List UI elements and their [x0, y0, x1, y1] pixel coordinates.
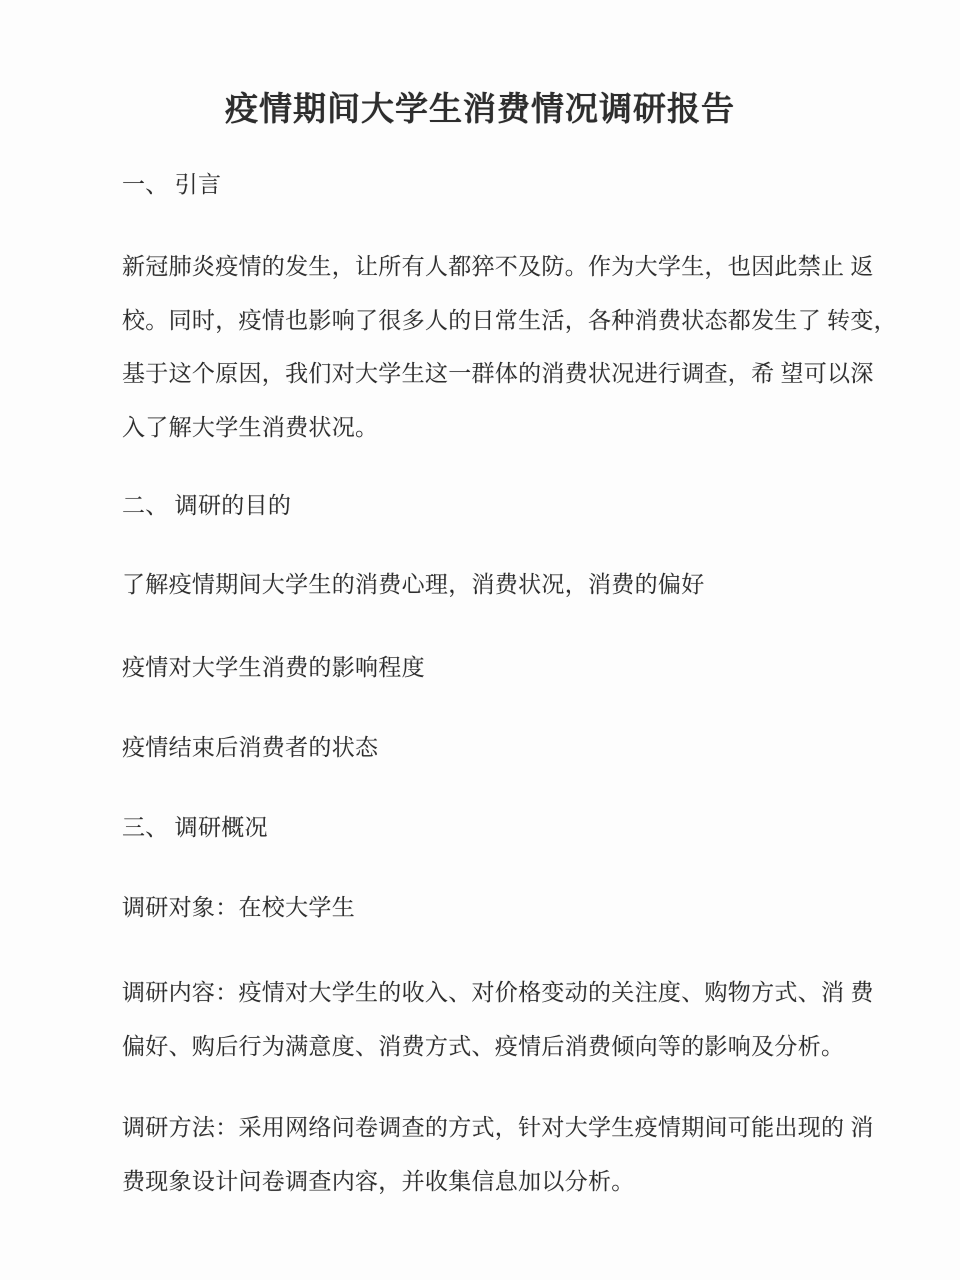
paragraph-line: 调研方法：采用网络问卷调查的方式，针对大学生疫情期间可能出现的 消	[122, 1113, 874, 1143]
section-heading-3: 三、 调研概况	[122, 813, 268, 843]
paragraph-line: 调研对象：在校大学生	[122, 893, 355, 923]
document-title: 疫情期间大学生消费情况调研报告	[0, 83, 960, 130]
section-heading-1: 一、 引言	[122, 170, 221, 200]
paragraph-line: 了解疫情期间大学生的消费心理，消费状况，消费的偏好	[122, 570, 705, 600]
section-heading-2: 二、 调研的目的	[122, 491, 291, 521]
document-page: 疫情期间大学生消费情况调研报告 一、 引言 新冠肺炎疫情的发生，让所有人都猝不及…	[0, 0, 960, 1280]
paragraph-line: 新冠肺炎疫情的发生，让所有人都猝不及防。作为大学生，也因此禁止 返	[122, 252, 874, 282]
paragraph-line: 入了解大学生消费状况。	[122, 413, 378, 443]
paragraph-line: 基于这个原因，我们对大学生这一群体的消费状况进行调查，希 望可以深	[122, 359, 874, 389]
paragraph-line: 疫情结束后消费者的状态	[122, 733, 378, 763]
paragraph-line: 校。同时，疫情也影响了很多人的日常生活，各种消费状态都发生了 转变，	[122, 306, 897, 336]
paragraph-line: 调研内容：疫情对大学生的收入、对价格变动的关注度、购物方式、消 费	[122, 978, 874, 1008]
paragraph-line: 偏好、购后行为满意度、消费方式、疫情后消费倾向等的影响及分析。	[122, 1032, 844, 1062]
paragraph-line: 费现象设计问卷调查内容，并收集信息加以分析。	[122, 1167, 635, 1197]
paragraph-line: 疫情对大学生消费的影响程度	[122, 653, 425, 683]
